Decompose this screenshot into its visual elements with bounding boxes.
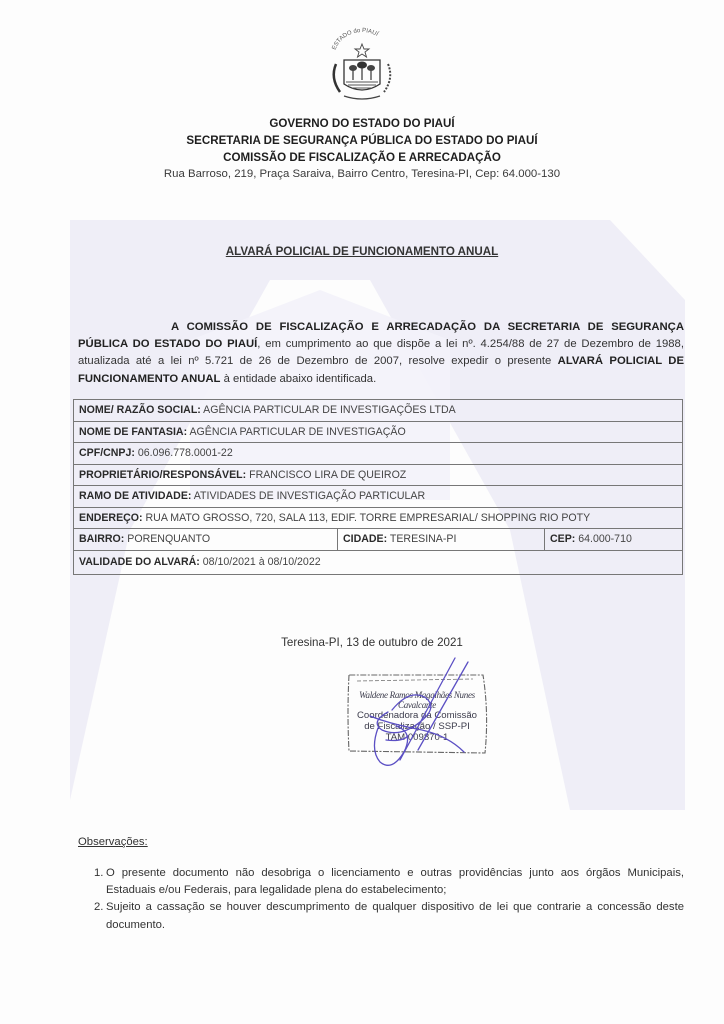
svg-text:ESTADO do PIAUÍ: ESTADO do PIAUÍ bbox=[332, 28, 380, 51]
letterhead: GOVERNO DO ESTADO DO PIAUÍ SECRETARIA DE… bbox=[0, 115, 724, 183]
field-value: ATIVIDADES DE INVESTIGAÇÃO PARTICULAR bbox=[191, 490, 425, 502]
table-row: VALIDADE DO ALVARÁ: 08/10/2021 à 08/10/2… bbox=[74, 550, 683, 574]
field-label: ENDEREÇO: bbox=[79, 512, 143, 524]
table-row: ENDEREÇO: RUA MATO GROSSO, 720, SALA 113… bbox=[74, 507, 683, 529]
handwritten-signature bbox=[330, 640, 510, 780]
field-label: NOME/ RAZÃO SOCIAL: bbox=[79, 404, 201, 416]
cidade-cell: CIDADE: TERESINA-PI bbox=[338, 529, 545, 551]
endereco-cell: ENDEREÇO: RUA MATO GROSSO, 720, SALA 113… bbox=[74, 507, 683, 529]
field-value: AGÊNCIA PARTICULAR DE INVESTIGAÇÃO bbox=[187, 426, 406, 438]
entity-info-table: NOME/ RAZÃO SOCIAL: AGÊNCIA PARTICULAR D… bbox=[73, 399, 683, 575]
field-label: BAIRRO: bbox=[79, 533, 124, 545]
field-value: 08/10/2021 à 08/10/2022 bbox=[200, 556, 321, 568]
table-row: PROPRIETÁRIO/RESPONSÁVEL: FRANCISCO LIRA… bbox=[74, 464, 683, 486]
bairro-cell: BAIRRO: PORENQUANTO bbox=[74, 529, 338, 551]
field-label: NOME DE FANTASIA: bbox=[79, 426, 187, 438]
table-row: NOME/ RAZÃO SOCIAL: AGÊNCIA PARTICULAR D… bbox=[74, 400, 683, 422]
field-label: CPF/CNPJ: bbox=[79, 447, 135, 459]
list-item: 2.Sujeito a cassação se houver descumpri… bbox=[78, 899, 684, 933]
validade-cell: VALIDADE DO ALVARÁ: 08/10/2021 à 08/10/2… bbox=[74, 550, 683, 574]
observations-list: 1.O presente documento não desobriga o l… bbox=[78, 865, 684, 934]
table-row: RAMO DE ATIVIDADE: ATIVIDADES DE INVESTI… bbox=[74, 486, 683, 508]
field-label: CIDADE: bbox=[343, 533, 387, 545]
field-value: FRANCISCO LIRA DE QUEIROZ bbox=[246, 469, 406, 481]
table-row: CPF/CNPJ: 06.096.778.0001-22 bbox=[74, 443, 683, 465]
fantasia-cell: NOME DE FANTASIA: AGÊNCIA PARTICULAR DE … bbox=[74, 421, 683, 443]
header-government: GOVERNO DO ESTADO DO PIAUÍ bbox=[0, 115, 724, 132]
piaui-coat-of-arms-icon: ESTADO do PIAUÍ bbox=[318, 22, 406, 104]
item-text: O presente documento não desobriga o lic… bbox=[106, 867, 684, 896]
table-row: BAIRRO: PORENQUANTO CIDADE: TERESINA-PI … bbox=[74, 529, 683, 551]
field-value: PORENQUANTO bbox=[124, 533, 210, 545]
paragraph-tail: à entidade abaixo identificada. bbox=[220, 373, 376, 385]
field-label: PROPRIETÁRIO/RESPONSÁVEL: bbox=[79, 469, 246, 481]
responsavel-cell: PROPRIETÁRIO/RESPONSÁVEL: FRANCISCO LIRA… bbox=[74, 464, 683, 486]
razao-social-cell: NOME/ RAZÃO SOCIAL: AGÊNCIA PARTICULAR D… bbox=[74, 400, 683, 422]
cep-cell: CEP: 64.000-710 bbox=[545, 529, 683, 551]
field-value: RUA MATO GROSSO, 720, SALA 113, EDIF. TO… bbox=[143, 512, 591, 524]
document-title: ALVARÁ POLICIAL DE FUNCIONAMENTO ANUAL bbox=[0, 245, 724, 258]
field-label: CEP: bbox=[550, 533, 575, 545]
intro-paragraph: A COMISSÃO DE FISCALIZAÇÃO E ARRECADAÇÃO… bbox=[78, 319, 684, 388]
cnpj-cell: CPF/CNPJ: 06.096.778.0001-22 bbox=[74, 443, 683, 465]
field-value: 64.000-710 bbox=[575, 533, 632, 545]
table-row: NOME DE FANTASIA: AGÊNCIA PARTICULAR DE … bbox=[74, 421, 683, 443]
header-commission: COMISSÃO DE FISCALIZAÇÃO E ARRECADAÇÃO bbox=[0, 149, 724, 166]
observations-heading: Observações: bbox=[78, 836, 148, 848]
header-address: Rua Barroso, 219, Praça Saraiva, Bairro … bbox=[0, 166, 724, 183]
field-value: TERESINA-PI bbox=[387, 533, 456, 545]
item-number: 1. bbox=[94, 865, 103, 882]
atividade-cell: RAMO DE ATIVIDADE: ATIVIDADES DE INVESTI… bbox=[74, 486, 683, 508]
list-item: 1.O presente documento não desobriga o l… bbox=[78, 865, 684, 899]
field-value: 06.096.778.0001-22 bbox=[135, 447, 233, 459]
header-secretariat: SECRETARIA DE SEGURANÇA PÚBLICA DO ESTAD… bbox=[0, 132, 724, 149]
item-number: 2. bbox=[94, 899, 103, 916]
item-text: Sujeito a cassação se houver descumprime… bbox=[106, 901, 684, 930]
field-value: AGÊNCIA PARTICULAR DE INVESTIGAÇÕES LTDA bbox=[201, 404, 456, 416]
field-label: RAMO DE ATIVIDADE: bbox=[79, 490, 191, 502]
field-label: VALIDADE DO ALVARÁ: bbox=[79, 556, 200, 568]
